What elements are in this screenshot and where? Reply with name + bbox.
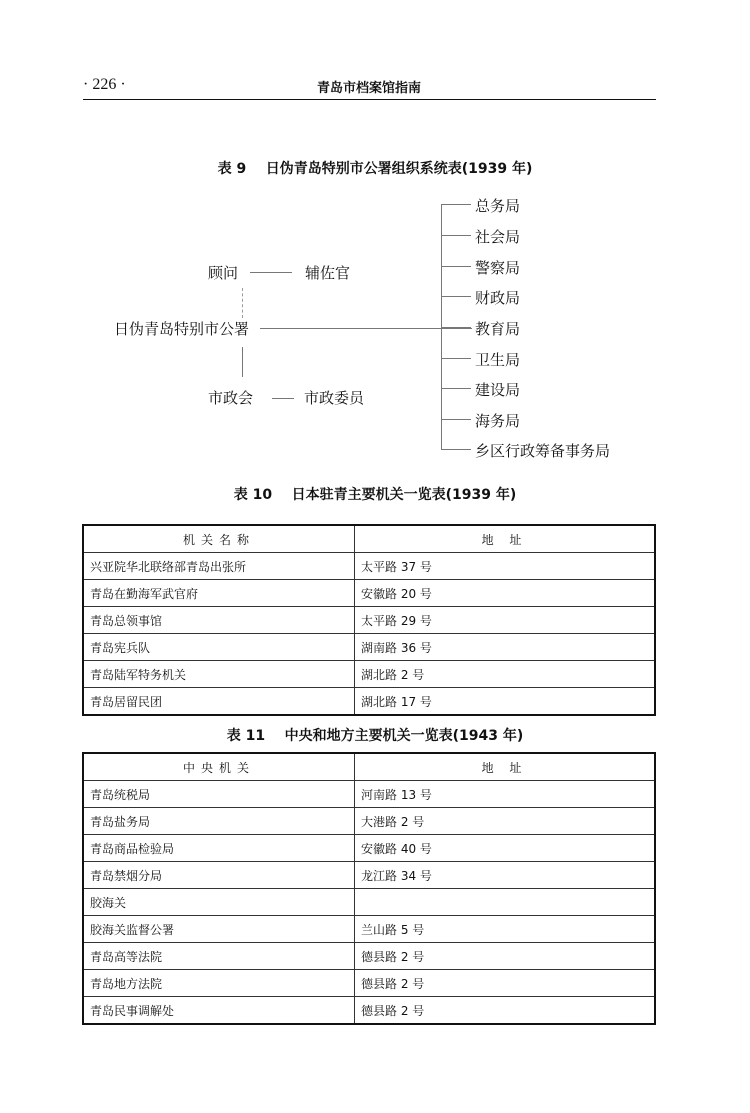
cell: 龙江路 34 号 xyxy=(355,862,656,889)
branch-line xyxy=(441,449,471,450)
cell: 青岛居留民团 xyxy=(83,688,355,716)
cell: 青岛地方法院 xyxy=(83,970,355,997)
root-node: 日伪青岛特别市公署 xyxy=(114,318,249,339)
bureau-node: 警察局 xyxy=(475,257,520,278)
table-row: 青岛在勤海军武官府安徽路 20 号 xyxy=(83,580,655,607)
cell: 兰山路 5 号 xyxy=(355,916,656,943)
cell: 湖南路 36 号 xyxy=(355,634,656,661)
running-title: 青岛市档案馆指南 xyxy=(83,77,655,96)
branch-line xyxy=(441,296,471,297)
cell: 湖北路 17 号 xyxy=(355,688,656,716)
table-row: 青岛民事调解处德县路 2 号 xyxy=(83,997,655,1025)
table-row: 青岛盐务局大港路 2 号 xyxy=(83,808,655,835)
cell: 青岛总领事馆 xyxy=(83,607,355,634)
table-row: 青岛居留民团湖北路 17 号 xyxy=(83,688,655,716)
cell: 青岛商品检验局 xyxy=(83,835,355,862)
advisor-root-connector xyxy=(242,288,243,318)
cell: 胶海关监督公署 xyxy=(83,916,355,943)
bureau-node: 乡区行政筹备事务局 xyxy=(475,440,610,461)
cell: 青岛在勤海军武官府 xyxy=(83,580,355,607)
bureau-node: 社会局 xyxy=(475,226,520,247)
assistant-node: 辅佐官 xyxy=(305,262,350,283)
cell: 太平路 37 号 xyxy=(355,553,656,580)
council-connector xyxy=(272,398,294,399)
cell: 太平路 29 号 xyxy=(355,607,656,634)
column-header: 机关名称 xyxy=(83,525,355,553)
header-rule xyxy=(83,99,656,100)
cell: 德县路 2 号 xyxy=(355,970,656,997)
council-node: 市政会 xyxy=(208,387,253,408)
branch-line xyxy=(441,388,471,389)
cell: 青岛高等法院 xyxy=(83,943,355,970)
branch-line xyxy=(441,419,471,420)
table-header-row: 机关名称 地 址 xyxy=(83,525,655,553)
column-header: 地 址 xyxy=(355,753,656,781)
table-header-row: 中央机关 地 址 xyxy=(83,753,655,781)
cell: 青岛禁烟分局 xyxy=(83,862,355,889)
bureau-node: 总务局 xyxy=(475,195,520,216)
branch-line xyxy=(441,358,471,359)
table11-caption: 表 11 中央和地方主要机关一览表(1943 年) xyxy=(0,725,750,745)
cell: 胶海关 xyxy=(83,889,355,916)
table-row: 青岛陆军特务机关湖北路 2 号 xyxy=(83,661,655,688)
column-header: 中央机关 xyxy=(83,753,355,781)
cell: 安徽路 20 号 xyxy=(355,580,656,607)
table-row: 青岛地方法院德县路 2 号 xyxy=(83,970,655,997)
branch-line xyxy=(441,327,471,328)
table11: 中央机关 地 址 青岛统税局河南路 13 号 青岛盐务局大港路 2 号 青岛商品… xyxy=(82,752,656,1025)
cell: 兴亚院华北联络部青岛出张所 xyxy=(83,553,355,580)
table-row: 青岛总领事馆太平路 29 号 xyxy=(83,607,655,634)
cell: 青岛盐务局 xyxy=(83,808,355,835)
table-row: 青岛商品检验局安徽路 40 号 xyxy=(83,835,655,862)
bureau-node: 卫生局 xyxy=(475,349,520,370)
advisor-node: 顾问 xyxy=(208,262,238,283)
column-header: 地 址 xyxy=(355,525,656,553)
table9-caption: 表 9 日伪青岛特别市公署组织系统表(1939 年) xyxy=(0,158,750,178)
table-row: 胶海关 xyxy=(83,889,655,916)
cell: 青岛民事调解处 xyxy=(83,997,355,1025)
cell: 河南路 13 号 xyxy=(355,781,656,808)
page-header: · 226 · 青岛市档案馆指南 xyxy=(83,76,655,98)
table10: 机关名称 地 址 兴亚院华北联络部青岛出张所太平路 37 号 青岛在勤海军武官府… xyxy=(82,524,656,716)
cell: 青岛统税局 xyxy=(83,781,355,808)
council-member-node: 市政委员 xyxy=(304,387,364,408)
table-row: 胶海关监督公署兰山路 5 号 xyxy=(83,916,655,943)
bureau-node: 教育局 xyxy=(475,318,520,339)
cell: 青岛陆军特务机关 xyxy=(83,661,355,688)
bureau-node: 海务局 xyxy=(475,410,520,431)
cell: 湖北路 2 号 xyxy=(355,661,656,688)
branch-line xyxy=(441,204,471,205)
bureau-node: 建设局 xyxy=(475,379,520,400)
cell: 安徽路 40 号 xyxy=(355,835,656,862)
cell: 德县路 2 号 xyxy=(355,997,656,1025)
table-row: 青岛统税局河南路 13 号 xyxy=(83,781,655,808)
table10-caption: 表 10 日本驻青主要机关一览表(1939 年) xyxy=(0,484,750,504)
table-row: 青岛高等法院德县路 2 号 xyxy=(83,943,655,970)
advisor-connector xyxy=(250,272,292,273)
table-row: 兴亚院华北联络部青岛出张所太平路 37 号 xyxy=(83,553,655,580)
branch-line xyxy=(441,266,471,267)
table-row: 青岛宪兵队湖南路 36 号 xyxy=(83,634,655,661)
branch-line xyxy=(441,235,471,236)
cell: 青岛宪兵队 xyxy=(83,634,355,661)
root-council-connector xyxy=(242,347,243,377)
bureau-node: 财政局 xyxy=(475,287,520,308)
table-row: 青岛禁烟分局龙江路 34 号 xyxy=(83,862,655,889)
cell xyxy=(355,889,656,916)
cell: 大港路 2 号 xyxy=(355,808,656,835)
cell: 德县路 2 号 xyxy=(355,943,656,970)
